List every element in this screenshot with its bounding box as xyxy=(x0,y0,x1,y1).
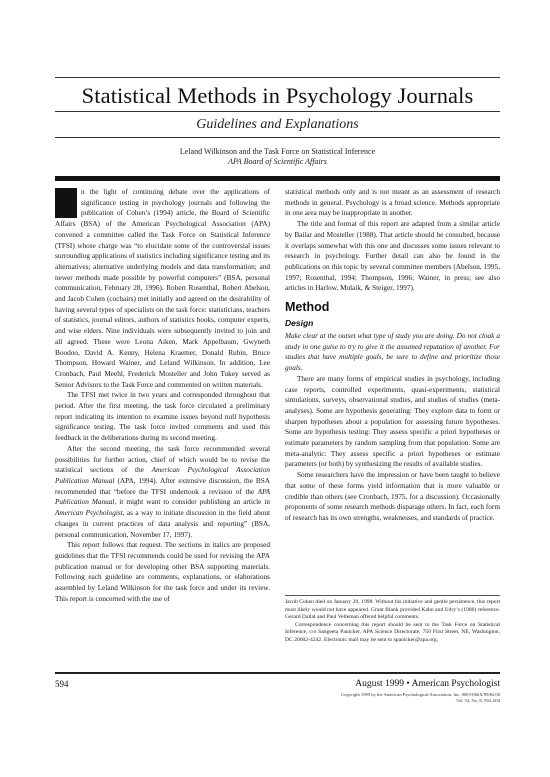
journal-name: American Psychologist, xyxy=(55,509,124,517)
footnote-paragraph: Jacob Cohen died on January 20, 1998. Wi… xyxy=(285,599,500,622)
intro-text: n the light of continuing debate over th… xyxy=(55,188,270,389)
paragraph: There are many forms of empirical studie… xyxy=(285,374,500,470)
paragraph: The title and format of this report are … xyxy=(285,219,500,294)
paragraph: The TFSI met twice in two years and corr… xyxy=(55,390,270,444)
subtitle-bottom-rule xyxy=(55,137,500,138)
title-top-rule xyxy=(55,77,500,78)
copyright-notice: Copyright 1999 by the American Psycholog… xyxy=(341,692,500,703)
paragraph: Some researchers have the impression or … xyxy=(285,470,500,524)
footnote-rule xyxy=(285,595,500,596)
article-title: Statistical Methods in Psychology Journa… xyxy=(55,83,500,109)
paragraph: This report follows that request. The se… xyxy=(55,540,270,604)
subsection-heading-design: Design xyxy=(285,317,500,329)
article-subtitle: Guidelines and Explanations xyxy=(55,117,500,133)
paragraph: statistical methods only and is not mean… xyxy=(285,187,500,219)
paragraph: After the second meeting, the task force… xyxy=(55,444,270,540)
intro-paragraph: n the light of continuing debate over th… xyxy=(55,187,270,390)
page-number: 594 xyxy=(55,679,69,689)
journal-page: Statistical Methods in Psychology Journa… xyxy=(55,0,500,777)
drop-cap-block xyxy=(55,188,77,218)
section-heading-method: Method xyxy=(285,299,500,315)
volume-line: Vol. 54, No. 8, 594–604 xyxy=(341,698,500,704)
right-column: statistical methods only and is not mean… xyxy=(285,187,500,524)
affiliation: APA Board of Scientific Affairs xyxy=(55,157,500,167)
guideline-text: Make clear at the outset what type of st… xyxy=(285,331,500,374)
footer-rule xyxy=(55,672,500,674)
title-bottom-rule xyxy=(55,111,500,112)
footnote-correspondence: Correspondence concerning this report sh… xyxy=(285,622,500,645)
author-note: Jacob Cohen died on January 20, 1998. Wi… xyxy=(285,599,500,645)
left-column: n the light of continuing debate over th… xyxy=(55,187,270,604)
byline: Leland Wilkinson and the Task Force on S… xyxy=(55,147,500,167)
header-thick-rule xyxy=(55,176,500,181)
authors: Leland Wilkinson and the Task Force on S… xyxy=(180,147,375,156)
copyright-line: Copyright 1999 by the American Psycholog… xyxy=(341,692,500,698)
journal-issue: August 1999 • American Psychologist xyxy=(355,679,500,689)
